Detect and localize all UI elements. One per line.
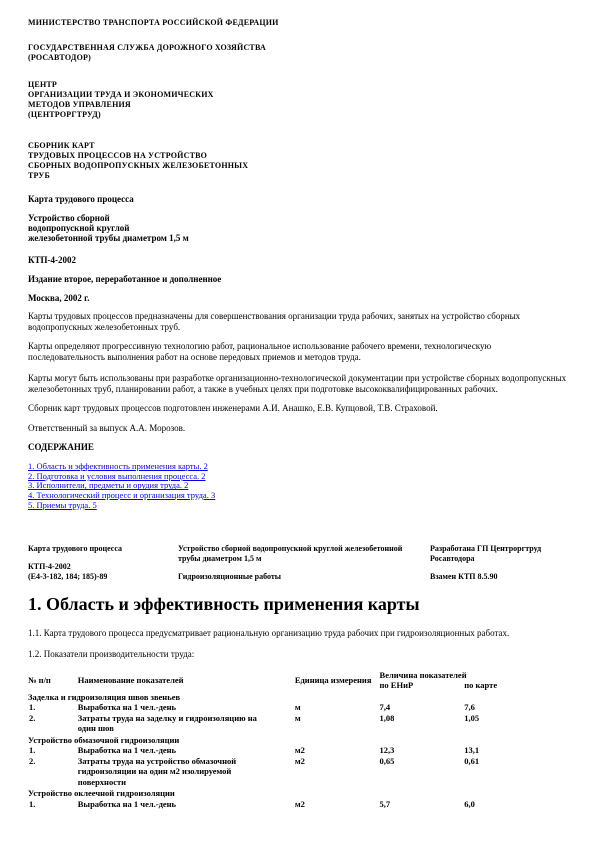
- cell-enir: 12,3: [380, 745, 465, 756]
- table-group-row: Устройство обмазочной гидроизоляции: [28, 734, 567, 746]
- section-1-heading: 1. Область и эффективность применения ка…: [28, 594, 567, 614]
- table-row: 1. Выработка на 1 чел.-день м2 12,3 13,1: [28, 745, 567, 756]
- productivity-table: № п/п Наименование показателей Единица и…: [28, 670, 567, 810]
- card-title-line-2: водопропускной круглой: [28, 223, 567, 233]
- cell-enir: 1,08: [380, 713, 465, 734]
- group-title: Устройство оклеечной гидроизоляции: [28, 787, 567, 799]
- spacer: [178, 564, 416, 572]
- cell-karta: 1,05: [464, 713, 567, 734]
- cell-name: Выработка на 1 чел.-день: [78, 745, 295, 756]
- cell-karta: 6,0: [464, 799, 567, 810]
- card-header-ref: (Е4-3-182, 184; 185)-89: [28, 572, 178, 582]
- cell-unit: м: [295, 702, 380, 713]
- city-year: Москва, 2002 г.: [28, 293, 567, 303]
- table-row: 2. Затраты труда на заделку и гидроизоля…: [28, 713, 567, 734]
- ministry-heading: МИНИСТЕРСТВО ТРАНСПОРТА РОССИЙСКОЙ ФЕДЕР…: [28, 18, 567, 28]
- card-header-col1: Карта трудового процесса КТП-4-2002 (Е4-…: [28, 544, 178, 582]
- col-header-enir: по ЕНиР: [380, 680, 465, 691]
- col-header-unit: Единица измерения: [295, 670, 380, 691]
- card-label: Карта трудового процесса: [28, 194, 567, 204]
- center-line-4: (ЦЕНТРОРГТРУД): [28, 110, 567, 120]
- doc-number: КТП-4-2002: [28, 255, 567, 265]
- card-header-replaces: Взамен КТП 8.5.90: [430, 572, 567, 582]
- edition-note: Издание второе, переработанное и дополне…: [28, 274, 567, 284]
- spacer: [28, 554, 178, 562]
- cell-num: 1.: [28, 745, 78, 756]
- card-header-col2: Устройство сборной водопропускной кругло…: [178, 544, 430, 582]
- cell-num: 2.: [28, 713, 78, 734]
- cell-enir: 0,65: [380, 756, 465, 788]
- cell-unit: м2: [295, 756, 380, 788]
- toc-link-4[interactable]: 4. Технологический процесс и организация…: [28, 491, 567, 501]
- intro-paragraph-3: Карты могут быть использованы при разраб…: [28, 373, 567, 394]
- card-header-label: Карта трудового процесса: [28, 544, 178, 554]
- center-line-2: ОРГАНИЗАЦИИ ТРУДА И ЭКОНОМИЧЕСКИХ: [28, 90, 567, 100]
- group-title: Устройство обмазочной гидроизоляции: [28, 734, 567, 746]
- intro-paragraph-2: Карты определяют прогрессивную технологи…: [28, 341, 567, 362]
- cell-unit: м2: [295, 745, 380, 756]
- card-header-title: Устройство сборной водопропускной кругло…: [178, 544, 416, 564]
- col-header-values: Величина показателей: [380, 670, 567, 681]
- col-header-num: № п/п: [28, 670, 78, 691]
- spacer: [430, 564, 567, 572]
- cell-num: 1.: [28, 799, 78, 810]
- cell-unit: м: [295, 713, 380, 734]
- collection-title-line-1: СБОРНИК КАРТ: [28, 141, 567, 151]
- cell-num: 1.: [28, 702, 78, 713]
- table-header-row: № п/п Наименование показателей Единица и…: [28, 670, 567, 681]
- service-line-1: ГОСУДАРСТВЕННАЯ СЛУЖБА ДОРОЖНОГО ХОЗЯЙСТ…: [28, 43, 567, 53]
- center-heading: ЦЕНТР ОРГАНИЗАЦИИ ТРУДА И ЭКОНОМИЧЕСКИХ …: [28, 80, 567, 120]
- cell-enir: 5,7: [380, 799, 465, 810]
- col-header-name: Наименование показателей: [78, 670, 295, 691]
- collection-title: СБОРНИК КАРТ ТРУДОВЫХ ПРОЦЕССОВ НА УСТРО…: [28, 141, 567, 181]
- collection-title-line-3: СБОРНЫХ ВОДОПРОПУСКНЫХ ЖЕЛЕЗОБЕТОННЫХ: [28, 161, 567, 171]
- center-line-1: ЦЕНТР: [28, 80, 567, 90]
- cell-num: 2.: [28, 756, 78, 788]
- toc-link-5[interactable]: 5. Приемы труда. 5: [28, 501, 567, 511]
- toc-title: СОДЕРЖАНИЕ: [28, 442, 567, 452]
- collection-title-line-2: ТРУДОВЫХ ПРОЦЕССОВ НА УСТРОЙСТВО: [28, 151, 567, 161]
- paragraph-1-1: 1.1. Карта трудового процесса предусматр…: [28, 628, 567, 639]
- card-title-line-3: железобетонной трубы диаметром 1,5 м: [28, 233, 567, 243]
- card-header-subtitle: Гидроизоляционные работы: [178, 572, 416, 582]
- table-row: 2. Затраты труда на устройство обмазочно…: [28, 756, 567, 788]
- card-header-block: Карта трудового процесса КТП-4-2002 (Е4-…: [28, 544, 567, 582]
- cell-name: Выработка на 1 чел.-день: [78, 799, 295, 810]
- authors-paragraph: Сборник карт трудовых процессов подготов…: [28, 403, 567, 414]
- card-header-developer: Разработана ГП Центроргтруд Росавтодора: [430, 544, 567, 564]
- cell-karta: 13,1: [464, 745, 567, 756]
- responsible-line: Ответственный за выпуск А.А. Морозов.: [28, 423, 567, 434]
- card-header-number: КТП-4-2002: [28, 562, 178, 572]
- cell-name: Затраты труда на устройство обмазочной г…: [78, 756, 295, 788]
- cell-name: Затраты труда на заделку и гидроизоляцию…: [78, 713, 295, 734]
- card-header-col3: Разработана ГП Центроргтруд Росавтодора …: [430, 544, 567, 582]
- collection-title-line-4: ТРУБ: [28, 171, 567, 181]
- cell-karta: 0,61: [464, 756, 567, 788]
- document-page: МИНИСТЕРСТВО ТРАНСПОРТА РОССИЙСКОЙ ФЕДЕР…: [0, 0, 595, 842]
- intro-paragraph-1: Карты трудовых процессов предназначены д…: [28, 311, 567, 332]
- table-of-contents: 1. Область и эффективность применения ка…: [28, 462, 567, 511]
- card-title: Устройство сборной водопропускной кругло…: [28, 213, 567, 243]
- table-group-row: Устройство оклеечной гидроизоляции: [28, 787, 567, 799]
- cell-unit: м2: [295, 799, 380, 810]
- center-line-3: МЕТОДОВ УПРАВЛЕНИЯ: [28, 100, 567, 110]
- service-line-2: (РОСАВТОДОР): [28, 53, 567, 63]
- cell-name: Выработка на 1 чел.-день: [78, 702, 295, 713]
- table-group-row: Заделка и гидроизоляция швов звеньев: [28, 691, 567, 703]
- col-header-karta: по карте: [464, 680, 567, 691]
- card-title-line-1: Устройство сборной: [28, 213, 567, 223]
- paragraph-1-2: 1.2. Показатели производительности труда…: [28, 649, 567, 660]
- table-row: 1. Выработка на 1 чел.-день м2 5,7 6,0: [28, 799, 567, 810]
- group-title: Заделка и гидроизоляция швов звеньев: [28, 691, 567, 703]
- table-row: 1. Выработка на 1 чел.-день м 7,4 7,6: [28, 702, 567, 713]
- service-heading: ГОСУДАРСТВЕННАЯ СЛУЖБА ДОРОЖНОГО ХОЗЯЙСТ…: [28, 43, 567, 63]
- cell-karta: 7,6: [464, 702, 567, 713]
- cell-enir: 7,4: [380, 702, 465, 713]
